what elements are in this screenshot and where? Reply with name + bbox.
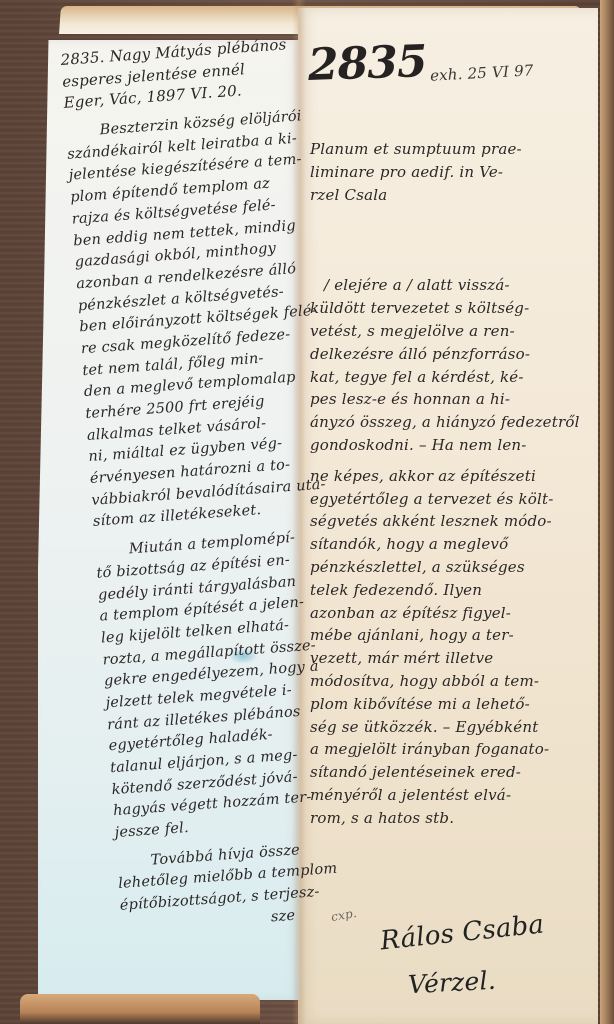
text-line: delkezésre álló pénzforráso-	[310, 343, 595, 366]
text-line: telek fedezendő. Ilyen	[310, 579, 595, 602]
text-line: / elejére a / alatt visszá-	[310, 274, 595, 297]
latin-intro-line: Planum et sumptuum prae-	[310, 138, 595, 161]
text-line: pes lesz-e és honnan a hi-	[310, 388, 595, 411]
text-line: rom, s a hatos stb.	[310, 807, 595, 830]
text-line: ségvetés akként lesznek módo-	[310, 510, 595, 533]
text-line: sítandók, hogy a meglevő	[310, 533, 595, 556]
spacer	[310, 206, 595, 274]
text-line: gondoskodni. – Ha nem len-	[310, 434, 595, 457]
text-line: küldött tervezetet s költség-	[310, 297, 595, 320]
torn-paper-flap-bottom	[20, 994, 260, 1024]
binder-edge	[600, 0, 614, 1024]
signature-place: Vérzel.	[407, 966, 496, 1000]
text-line: ne képes, akkor az építészeti	[310, 465, 595, 488]
text-line: mébe ajánlani, hogy a ter-	[310, 624, 595, 647]
text-line: vezett, már mért illetve	[310, 647, 595, 670]
right-page-text: Planum et sumptuum prae- liminare pro ae…	[310, 138, 595, 830]
text-line: a megjelölt irányban foganato-	[310, 738, 595, 761]
text-line: ményéről a jelentést elvá-	[310, 784, 595, 807]
text-line: azonban az építész figyel-	[310, 602, 595, 625]
latin-intro-line: rzel Csala	[310, 184, 595, 207]
text-line: ányzó összeg, a hiányzó fedezetről	[310, 411, 595, 434]
text-line: módosítva, hogy abból a tem-	[310, 670, 595, 693]
text-line: vetést, s megjelölve a ren-	[310, 320, 595, 343]
registry-number: 2835	[307, 36, 427, 91]
text-line: ség se ütközzék. – Egyébként	[310, 716, 595, 739]
latin-intro-line: liminare pro aedif. in Ve-	[310, 161, 595, 184]
text-line: pénzkészlettel, a szükséges	[310, 556, 595, 579]
spacer	[310, 457, 595, 465]
text-line: plom kibővítése mi a lehető-	[310, 693, 595, 716]
text-line: kat, tegye fel a kérdést, ké-	[310, 366, 595, 389]
text-line: sítandó jelentéseinek ered-	[310, 761, 595, 784]
text-line: egyetértőleg a tervezet és költ-	[310, 488, 595, 511]
